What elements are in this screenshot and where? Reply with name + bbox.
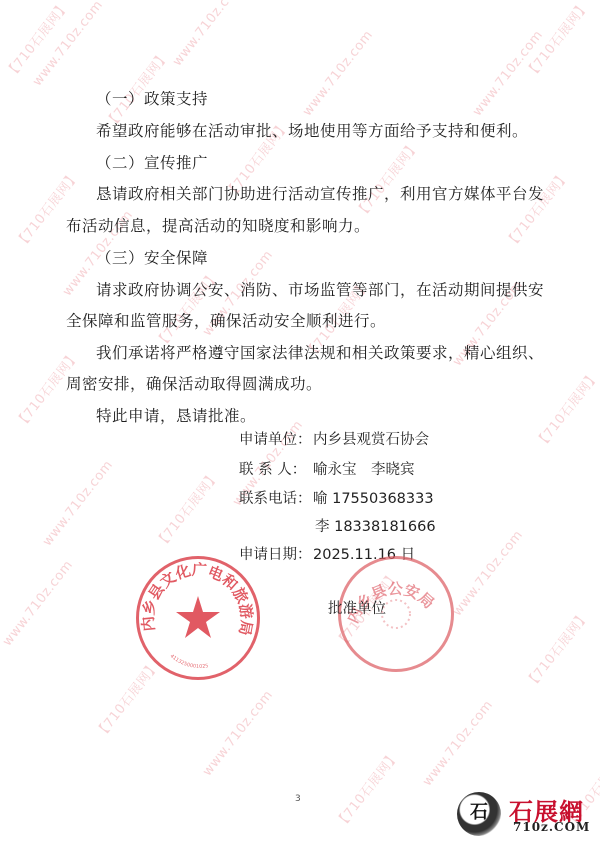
watermark-brand: 【710石展网】: [520, 0, 593, 82]
watermark-brand: 【710石展网】: [150, 266, 223, 352]
section-heading-security: （三）安全保障: [96, 248, 208, 268]
watermark-site: www.710z.com: [40, 458, 116, 549]
watermark-brand: 【710石展网】: [520, 606, 593, 692]
paragraph: 请求政府协调公安、消防、市场监管等部门，在活动期间提供安: [96, 280, 544, 300]
contact-label: 联 系 人：: [239, 458, 306, 479]
approval-unit-label: 批准单位: [328, 597, 386, 618]
site-logo: 石 石展網 710z.COM: [455, 790, 595, 840]
paragraph: 全保障和监管服务，确保活动安全顺利进行。: [66, 311, 386, 331]
watermark-site: www.710z.com: [0, 558, 76, 649]
phone-1: 喻 17550368333: [313, 487, 434, 508]
watermark-brand: 【710石展网】: [330, 746, 403, 832]
page-number: 3: [295, 794, 301, 804]
phone-label: 联系电话：: [239, 487, 312, 508]
watermark-site: www.710z.com: [450, 528, 526, 619]
date-value: 2025.11.16 日: [313, 543, 415, 564]
section-heading-promotion: （二）宣传推广: [96, 153, 208, 173]
watermark-brand: 【710石展网】: [500, 166, 573, 252]
watermark-site: www.710z.com: [170, 0, 246, 69]
applicant-value: 内乡县观赏石协会: [313, 428, 429, 449]
seal-star-icon: 内乡县文化广电和旅游局 4113250001025: [136, 556, 260, 680]
section-heading-policy-support: （一）政策支持: [96, 89, 208, 109]
watermark-site: www.710z.com: [200, 688, 276, 779]
applicant-label: 申请单位：: [239, 428, 312, 449]
paragraph: 希望政府能够在活动审批、场地使用等方面给予支持和便利。: [96, 121, 528, 141]
watermark-brand: 【710石展网】: [150, 466, 223, 552]
logo-name-en: 710z.COM: [513, 820, 590, 834]
paragraph: 我们承诺将严格遵守国家法律法规和相关政策要求，精心组织、: [96, 343, 544, 363]
svg-text:4113250001025: 4113250001025: [169, 653, 209, 670]
phone-2: 李 18338181666: [315, 515, 436, 536]
watermark-brand: 【710石展网】: [10, 166, 83, 252]
watermark-site: www.710z.com: [470, 28, 546, 119]
logo-stone-glyph-icon: 石: [469, 802, 489, 824]
watermark-brand: 【710石展网】: [350, 136, 423, 222]
watermark-brand: 【710石展网】: [0, 0, 73, 82]
official-seal-culture-bureau: 内乡县文化广电和旅游局 4113250001025: [136, 556, 260, 680]
paragraph: 恳请政府相关部门协助进行活动宣传推广，利用官方媒体平台发: [96, 184, 544, 204]
seal-text: 内乡县文化广电和旅游局: [139, 561, 256, 637]
watermark-site: www.710z.com: [420, 698, 496, 789]
watermark-site: www.710z.com: [300, 28, 376, 119]
watermark-site: www.710z.com: [30, 0, 106, 89]
contact-value: 喻永宝 李晓宾: [313, 458, 415, 479]
svg-text:内乡县文化广电和旅游局: 内乡县文化广电和旅游局: [139, 561, 256, 637]
paragraph: 周密安排，确保活动取得圆满成功。: [66, 374, 322, 394]
closing-request: 特此申请，恳请批准。: [96, 406, 256, 426]
watermark-brand: 【710石展网】: [530, 366, 600, 452]
watermark-brand: 【710石展网】: [90, 656, 163, 742]
paragraph: 布活动信息，提高活动的知晓度和影响力。: [66, 216, 370, 236]
date-label: 申请日期：: [239, 543, 312, 564]
